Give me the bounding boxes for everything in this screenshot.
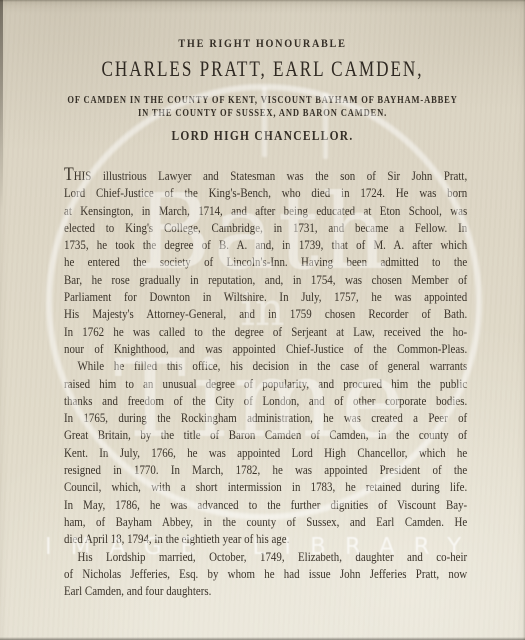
body-line: His Lordship married, October, 1749, Eli… [64,548,467,565]
scan-edge-top [0,0,525,2]
body-line: Great Britain, by the title of Baron Cam… [64,426,467,443]
body-line: at Kensington, in March, 1714, and after… [64,202,467,219]
body-line: died April 18, 1794, in the eightieth ye… [64,530,467,547]
pretitle: THE RIGHT HONOURABLE [39,36,485,51]
body-line: In 1765, during the Rockingham administr… [64,409,467,426]
body-line: raised him to an unusual degree of popul… [64,375,467,392]
body-line: resigned in 1770. In March, 1782, he was… [64,461,467,478]
subtitle-line-1: OF CAMDEN IN THE COUNTY OF KENT, VISCOUN… [39,95,485,106]
body-line: Lord Chief-Justice of the King's-Bench, … [64,184,467,201]
subtitle-line-2: IN THE COUNTY OF SUSSEX, AND BARON CAMDE… [39,108,485,119]
body-line: elected to King's College, Cambridge, in… [64,219,467,236]
body-line: THIS illustrious Lawyer and Statesman wa… [64,166,467,184]
body-line: thanks and freedom of the City of London… [64,392,467,409]
body-line: In May, 1786, he was advanced to the fur… [64,496,467,513]
body-line: Earl Camden, and four daughters. [64,582,467,599]
scanned-page: THE RIGHT HONOURABLE CHARLES PRATT, EARL… [0,0,525,640]
body-line: Parliament for Downton in Wiltshire. In … [64,288,467,305]
body-line: Kent. In July, 1766, he was appointed Lo… [64,444,467,461]
body-line: ham, of Bayham Abbey, in the county of S… [64,513,467,530]
body-line: of Nicholas Jefferies, Esq. by whom he h… [64,565,467,582]
body-line: While he filled this office, his decisio… [64,357,467,374]
body-line: 1735, he took the degree of B. A. and, i… [64,236,467,253]
body-line: Council, which, with a short intermissio… [64,478,467,495]
body-line: nour of Knighthood, and was appointed Ch… [64,340,467,357]
biography-text: THIS illustrious Lawyer and Statesman wa… [64,166,467,599]
body-line: In 1762 he was called to the degree of S… [64,323,467,340]
page-title: CHARLES PRATT, EARL CAMDEN, [58,56,468,82]
body-line: His Majesty's Attorney-General, and in 1… [64,305,467,322]
scan-edge-left [0,0,3,210]
body-line: Bar, he rose gradually in reputation, an… [64,271,467,288]
office-title: LORD HIGH CHANCELLOR. [39,128,485,144]
body-line: he entered the society of Lincoln's-Inn.… [64,253,467,270]
